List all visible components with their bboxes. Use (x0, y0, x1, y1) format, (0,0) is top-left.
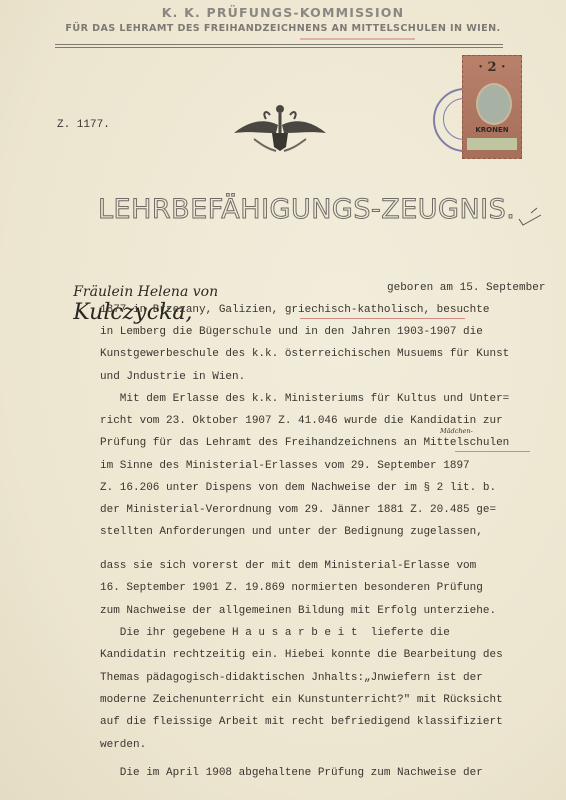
text-line: im Sinne des Ministerial-Erlasses vom 29… (100, 460, 470, 472)
text-line: Themas pädagogisch-didaktischen Jnhalts:… (100, 672, 483, 684)
text-line: zum Nachweise der allgemeinen Bildung mi… (100, 605, 496, 617)
text-line: Die im April 1908 abgehaltene Prüfung zu… (100, 767, 483, 779)
document-title: LEHRBEFÄHIGUNGS-ZEUGNIS. (98, 194, 515, 225)
imperial-eagle-icon (232, 103, 328, 155)
handwritten-insertion: Mädchen- (440, 427, 473, 435)
text-line: Z. 16.206 unter Dispens von dem Nachweis… (100, 482, 496, 494)
text-line: geboren am 15. September (387, 282, 545, 294)
text-line: Kandidatin rechtzeitig ein. Hiebei konnt… (100, 649, 503, 661)
letterhead-subtitle: FÜR DAS LEHRAMT DES FREIHANDZEICHNENS AN… (0, 23, 566, 34)
text-line: 1877 in Brzezany, Galizien, griechisch-k… (100, 304, 489, 316)
text-line: werden. (100, 739, 146, 751)
text-line: moderne Zeichenunterricht ein Kunstunter… (100, 694, 503, 706)
text-line: Die ihr gegebene H a u s a r b e i t lie… (100, 627, 450, 639)
text-line: stellten Anforderungen und unter der Bed… (100, 526, 483, 538)
text-line: in Lemberg die Bügerschule und in den Ja… (100, 326, 483, 338)
letterhead-commission: K. K. PRÜFUNGS-KOMMISSION (0, 5, 566, 20)
text-line: und Jndustrie in Wien. (100, 371, 245, 383)
handwritten-name: Fräulein Helena von Kulczycka, (60, 272, 218, 325)
text-line: Kunstgewerbeschule des k.k. österreichis… (100, 348, 509, 360)
text-line: auf die fleissige Arbeit mit recht befri… (100, 716, 503, 728)
text-line: dass sie sich vorerst der mit dem Minist… (100, 560, 476, 572)
checkmark-icon (515, 205, 545, 230)
text-line: richt vom 23. Oktober 1907 Z. 41.046 wur… (100, 415, 503, 427)
letterhead-rule (55, 44, 503, 45)
red-pencil-underline (300, 318, 465, 319)
text-line: Prüfung für das Lehramt des Freihandzeic… (100, 437, 509, 449)
red-pencil-underline (455, 451, 530, 452)
letterhead-rule (55, 47, 503, 48)
reference-number: Z. 1177. (57, 119, 110, 131)
red-pencil-underline (300, 38, 415, 40)
text-line: der Ministerial-Verordnung vom 29. Jänne… (100, 504, 496, 516)
revenue-stamp: · 2 · KRONEN (462, 55, 522, 159)
stamp-portrait-icon (476, 83, 512, 125)
text-line: 16. September 1901 Z. 19.869 normierten … (100, 582, 483, 594)
text-line: Mit dem Erlasse des k.k. Ministeriums fü… (100, 393, 509, 405)
